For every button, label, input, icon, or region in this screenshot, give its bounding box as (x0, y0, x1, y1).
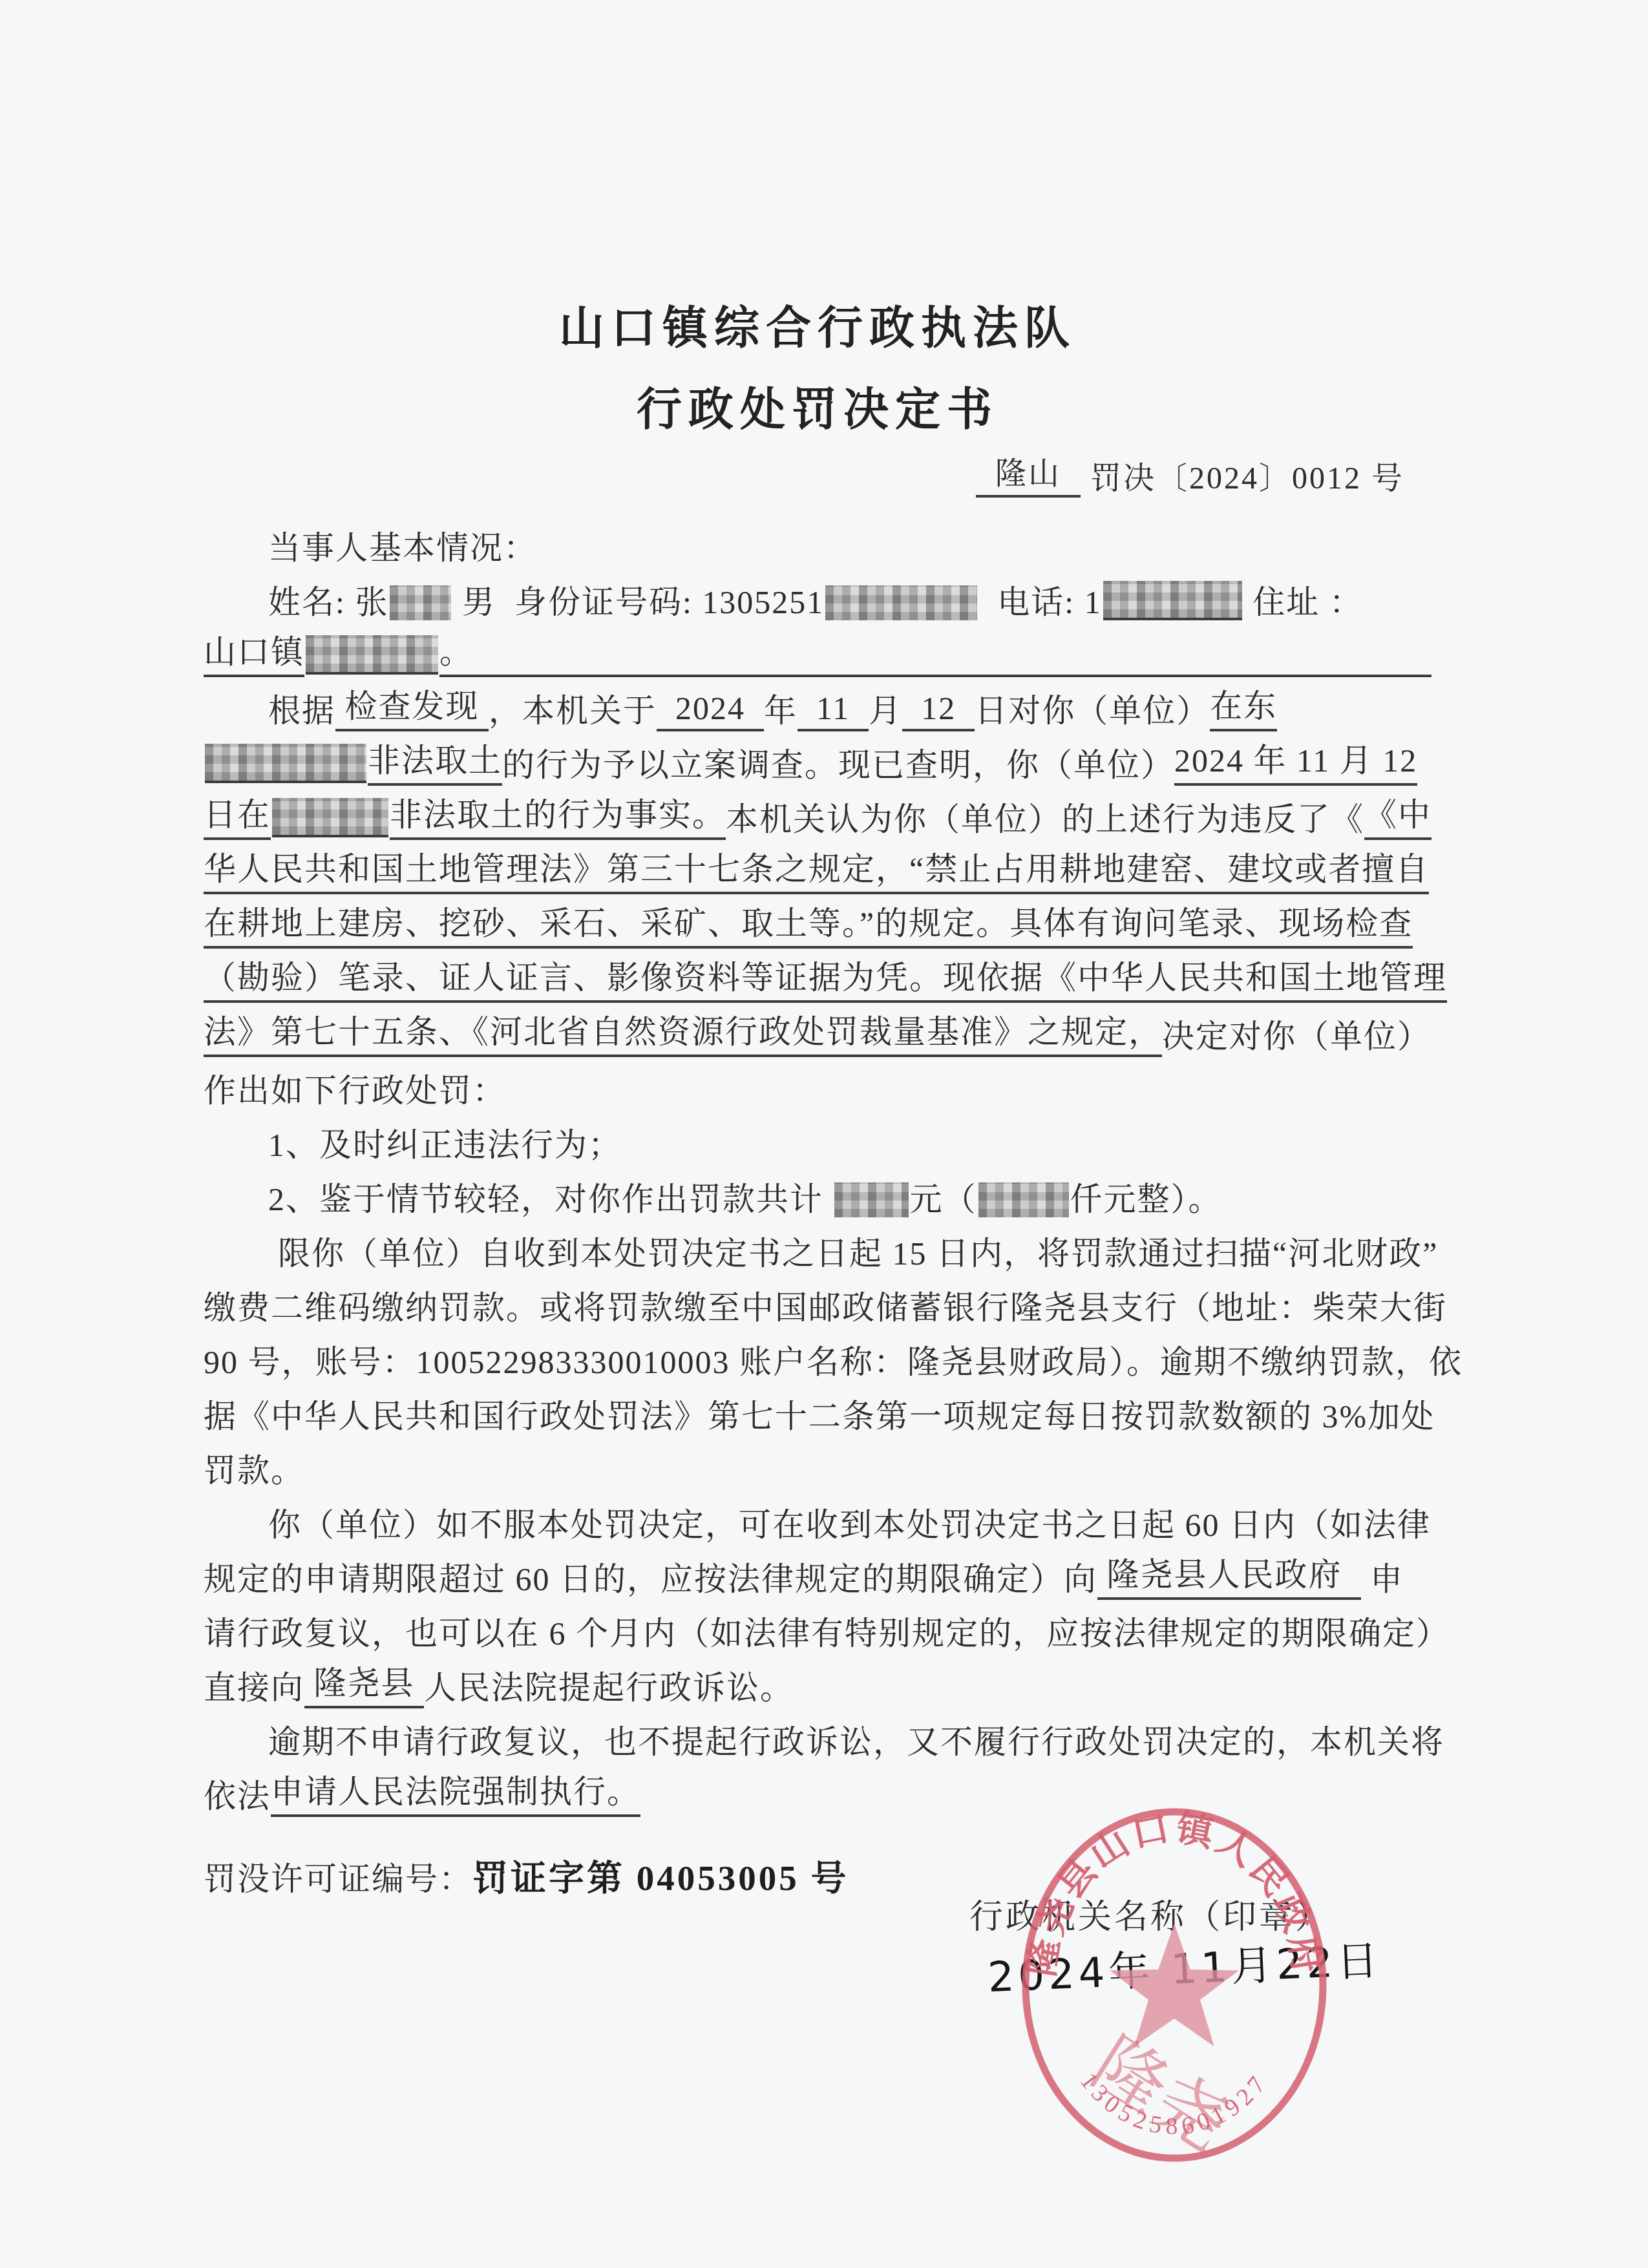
document-line: （勘验）笔录、证人证言、影像资料等证据为凭。现依据《中华人民共和国土地管理 (204, 949, 1431, 1003)
document-line: 限你（单位）自收到本处罚决定书之日起 15 日内，将罚款通过扫描“河北财政” (204, 1220, 1431, 1274)
text-segment: 当事人基本情况： (268, 522, 537, 569)
text-segment: 法》第七十五条、《河北省自然资源行政处罚裁量基准》之规定， (204, 1006, 1162, 1057)
document-line: 2、鉴于情节较轻，对你作出罚款共计 元（仟元整）。 (204, 1166, 1431, 1220)
text-segment: 电话: 1 (978, 576, 1101, 623)
text-segment: 规定的申请期限超过 60 日的，应按法律规定的期限确定）向 (204, 1553, 1097, 1600)
text-segment: 根据 (268, 685, 335, 731)
redaction-mosaic (272, 798, 388, 837)
redaction-mosaic (390, 585, 451, 620)
text-segment: 作出如下行政处罚： (204, 1065, 506, 1111)
text-segment: 2024 (657, 689, 764, 731)
text-segment: 限你（单位）自收到本处罚决定书之日起 15 日内，将罚款通过扫描“河北财政” (278, 1228, 1438, 1274)
document-number-rest: 罚决〔2024〕0012 号 (1081, 453, 1404, 498)
permit-number-line: 罚没许可证编号：罚证字第 04053005 号 (204, 1849, 849, 1900)
document-line: 山口镇。 (204, 623, 1431, 677)
permit-number-value: 罚证字第 04053005 号 (472, 1849, 849, 1900)
text-segment: 2、鉴于情节较轻，对你作出罚款共计 (268, 1173, 833, 1220)
document-line: 1、及时纠正违法行为； (204, 1111, 1431, 1166)
document-line: 华人民共和国土地管理法》第三十七条之规定，“禁止占用耕地建窑、建坟或者擅自 (204, 840, 1431, 894)
document-line: 缴费二维码缴纳罚款。或将罚款缴至中国邮政储蓄银行隆尧县支行（地址：柴荣大街 (204, 1274, 1431, 1328)
text-segment: 90 号，账号：100522983330010003 账户名称：隆尧县财政局）。… (204, 1336, 1463, 1383)
document-line: 当事人基本情况： (204, 514, 1431, 569)
document-line: 规定的申请期限超过 60 日的，应按法律规定的期限确定）向 隆尧县人民政府 申 (204, 1546, 1431, 1600)
blank-underline (473, 666, 1431, 677)
document-number-underlined: 隆山 (976, 448, 1081, 498)
text-segment: 非法取土 (368, 735, 502, 786)
document-line: 根据 检查发现 ，本机关于 2024 年 11 月 12 日对你（单位）在东 (204, 677, 1431, 731)
text-segment: 日对你（单位） (975, 685, 1210, 731)
text-segment: 男 身份证号码: 1305251 (452, 576, 824, 623)
redaction-mosaic (306, 635, 438, 675)
text-segment: 。 (439, 626, 473, 677)
text-segment: 罚款。 (204, 1445, 304, 1491)
document-line: 非法取土的行为予以立案调查。现已查明，你（单位）2024 年 11 月 12 (204, 731, 1431, 786)
document-line: 据《中华人民共和国行政处罚法》第七十二条第一项规定每日按罚款数额的 3%加处 (204, 1383, 1431, 1437)
text-segment: 逾期不申请行政复议，也不提起行政诉讼，又不履行行政处罚决定的，本机关将 (268, 1716, 1444, 1763)
redaction-mosaic (834, 1182, 909, 1217)
text-segment: 检查发现 (335, 680, 489, 731)
text-segment: 元（ (910, 1173, 977, 1220)
document-line: 请行政复议，也可以在 6 个月内（如法律有特别规定的，应按法律规定的期限确定） (204, 1600, 1431, 1654)
document-title-agency: 山口镇综合行政执法队 (204, 292, 1431, 357)
text-segment: 住址 ： (1243, 576, 1363, 623)
text-segment: 在耕地上建房、挖砂、采石、采矿、取土等。”的规定。具体有询问笔录、现场检查 (204, 898, 1413, 949)
text-segment: 依法 (204, 1770, 271, 1817)
document-line: 法》第七十五条、《河北省自然资源行政处罚裁量基准》之规定，决定对你（单位） (204, 1003, 1431, 1057)
document-line: 直接向 隆尧县 人民法院提起行政诉讼。 (204, 1654, 1431, 1708)
text-segment: 决定对你（单位） (1162, 1011, 1431, 1057)
penalty-decision-document: 山口镇综合行政执法队 行政处罚决定书 隆山 罚决〔2024〕0012 号 当事人… (0, 0, 1648, 2268)
text-segment: （勘验）笔录、证人证言、影像资料等证据为凭。现依据《中华人民共和国土地管理 (204, 952, 1447, 1003)
document-line: 在耕地上建房、挖砂、采石、采矿、取土等。”的规定。具体有询问笔录、现场检查 (204, 894, 1431, 949)
text-segment: 隆尧县人民政府 (1097, 1549, 1361, 1600)
text-segment: 12 (902, 689, 975, 731)
text-segment: 请行政复议，也可以在 6 个月内（如法律有特别规定的，应按法律规定的期限确定） (204, 1608, 1450, 1654)
text-segment: 月 (869, 685, 902, 731)
text-segment: 缴费二维码缴纳罚款。或将罚款缴至中国邮政储蓄银行隆尧县支行（地址：柴荣大街 (204, 1282, 1447, 1328)
permit-number-label: 罚没许可证编号： (204, 1853, 472, 1900)
document-line: 姓名: 张 男 身份证号码: 1305251 电话: 1 住址 ： (204, 569, 1431, 623)
document-line: 作出如下行政处罚： (204, 1057, 1431, 1111)
text-segment: 1、及时纠正违法行为； (268, 1119, 622, 1166)
text-segment: 姓名: 张 (268, 576, 388, 623)
document-line: 罚款。 (204, 1437, 1431, 1491)
text-segment: 华人民共和国土地管理法》第三十七条之规定，“禁止占用耕地建窑、建坟或者擅自 (204, 843, 1429, 894)
text-segment: ，本机关于 (489, 685, 657, 731)
text-segment: 山口镇 (204, 626, 304, 677)
text-segment: 11 (798, 689, 869, 731)
document-line: 90 号，账号：100522983330010003 账户名称：隆尧县财政局）。… (204, 1328, 1431, 1383)
text-segment: 本机关认为你（单位）的上述行为违反了《 (726, 793, 1364, 840)
text-segment: 2024 年 11 月 12 (1174, 735, 1417, 786)
document-number: 隆山 罚决〔2024〕0012 号 (204, 448, 1431, 498)
document-body: 当事人基本情况：姓名: 张 男 身份证号码: 1305251 电话: 1 住址 … (204, 514, 1431, 1817)
text-segment: 日在 (204, 789, 271, 840)
redaction-mosaic (1103, 581, 1242, 620)
redaction-mosaic (205, 744, 366, 783)
text-segment: 申请人民法院强制执行。 (271, 1766, 640, 1817)
text-segment: 《中 (1364, 789, 1431, 840)
text-segment: 的行为予以立案调查。现已查明，你（单位） (502, 739, 1174, 786)
text-segment: 隆尧县 (304, 1657, 424, 1708)
text-segment: 据《中华人民共和国行政处罚法》第七十二条第一项规定每日按罚款数额的 3%加处 (204, 1391, 1435, 1437)
text-segment: 人民法院提起行政诉讼。 (424, 1662, 794, 1708)
document-line: 你（单位）如不服本处罚决定，可在收到本处罚决定书之日起 60 日内（如法律 (204, 1491, 1431, 1546)
text-segment: 直接向 (204, 1662, 304, 1708)
text-segment: 在东 (1210, 680, 1277, 731)
redaction-mosaic (978, 1182, 1069, 1217)
redaction-mosaic (825, 585, 977, 620)
text-segment: 申 (1361, 1553, 1404, 1600)
document-line: 逾期不申请行政复议，也不提起行政诉讼，又不履行行政处罚决定的，本机关将 (204, 1708, 1431, 1763)
text-segment: 非法取土的行为事实。 (390, 789, 726, 840)
text-segment: 年 (764, 685, 798, 731)
official-seal: 隆尧 隆尧县山口镇人民政府 1305258601927 (1013, 1804, 1336, 2166)
text-segment: 你（单位）如不服本处罚决定，可在收到本处罚决定书之日起 60 日内（如法律 (268, 1499, 1431, 1546)
text-segment: 仟元整）。 (1070, 1173, 1222, 1220)
document-line: 日在非法取土的行为事实。本机关认为你（单位）的上述行为违反了《《中 (204, 786, 1431, 840)
document-title-type: 行政处罚决定书 (204, 373, 1431, 439)
